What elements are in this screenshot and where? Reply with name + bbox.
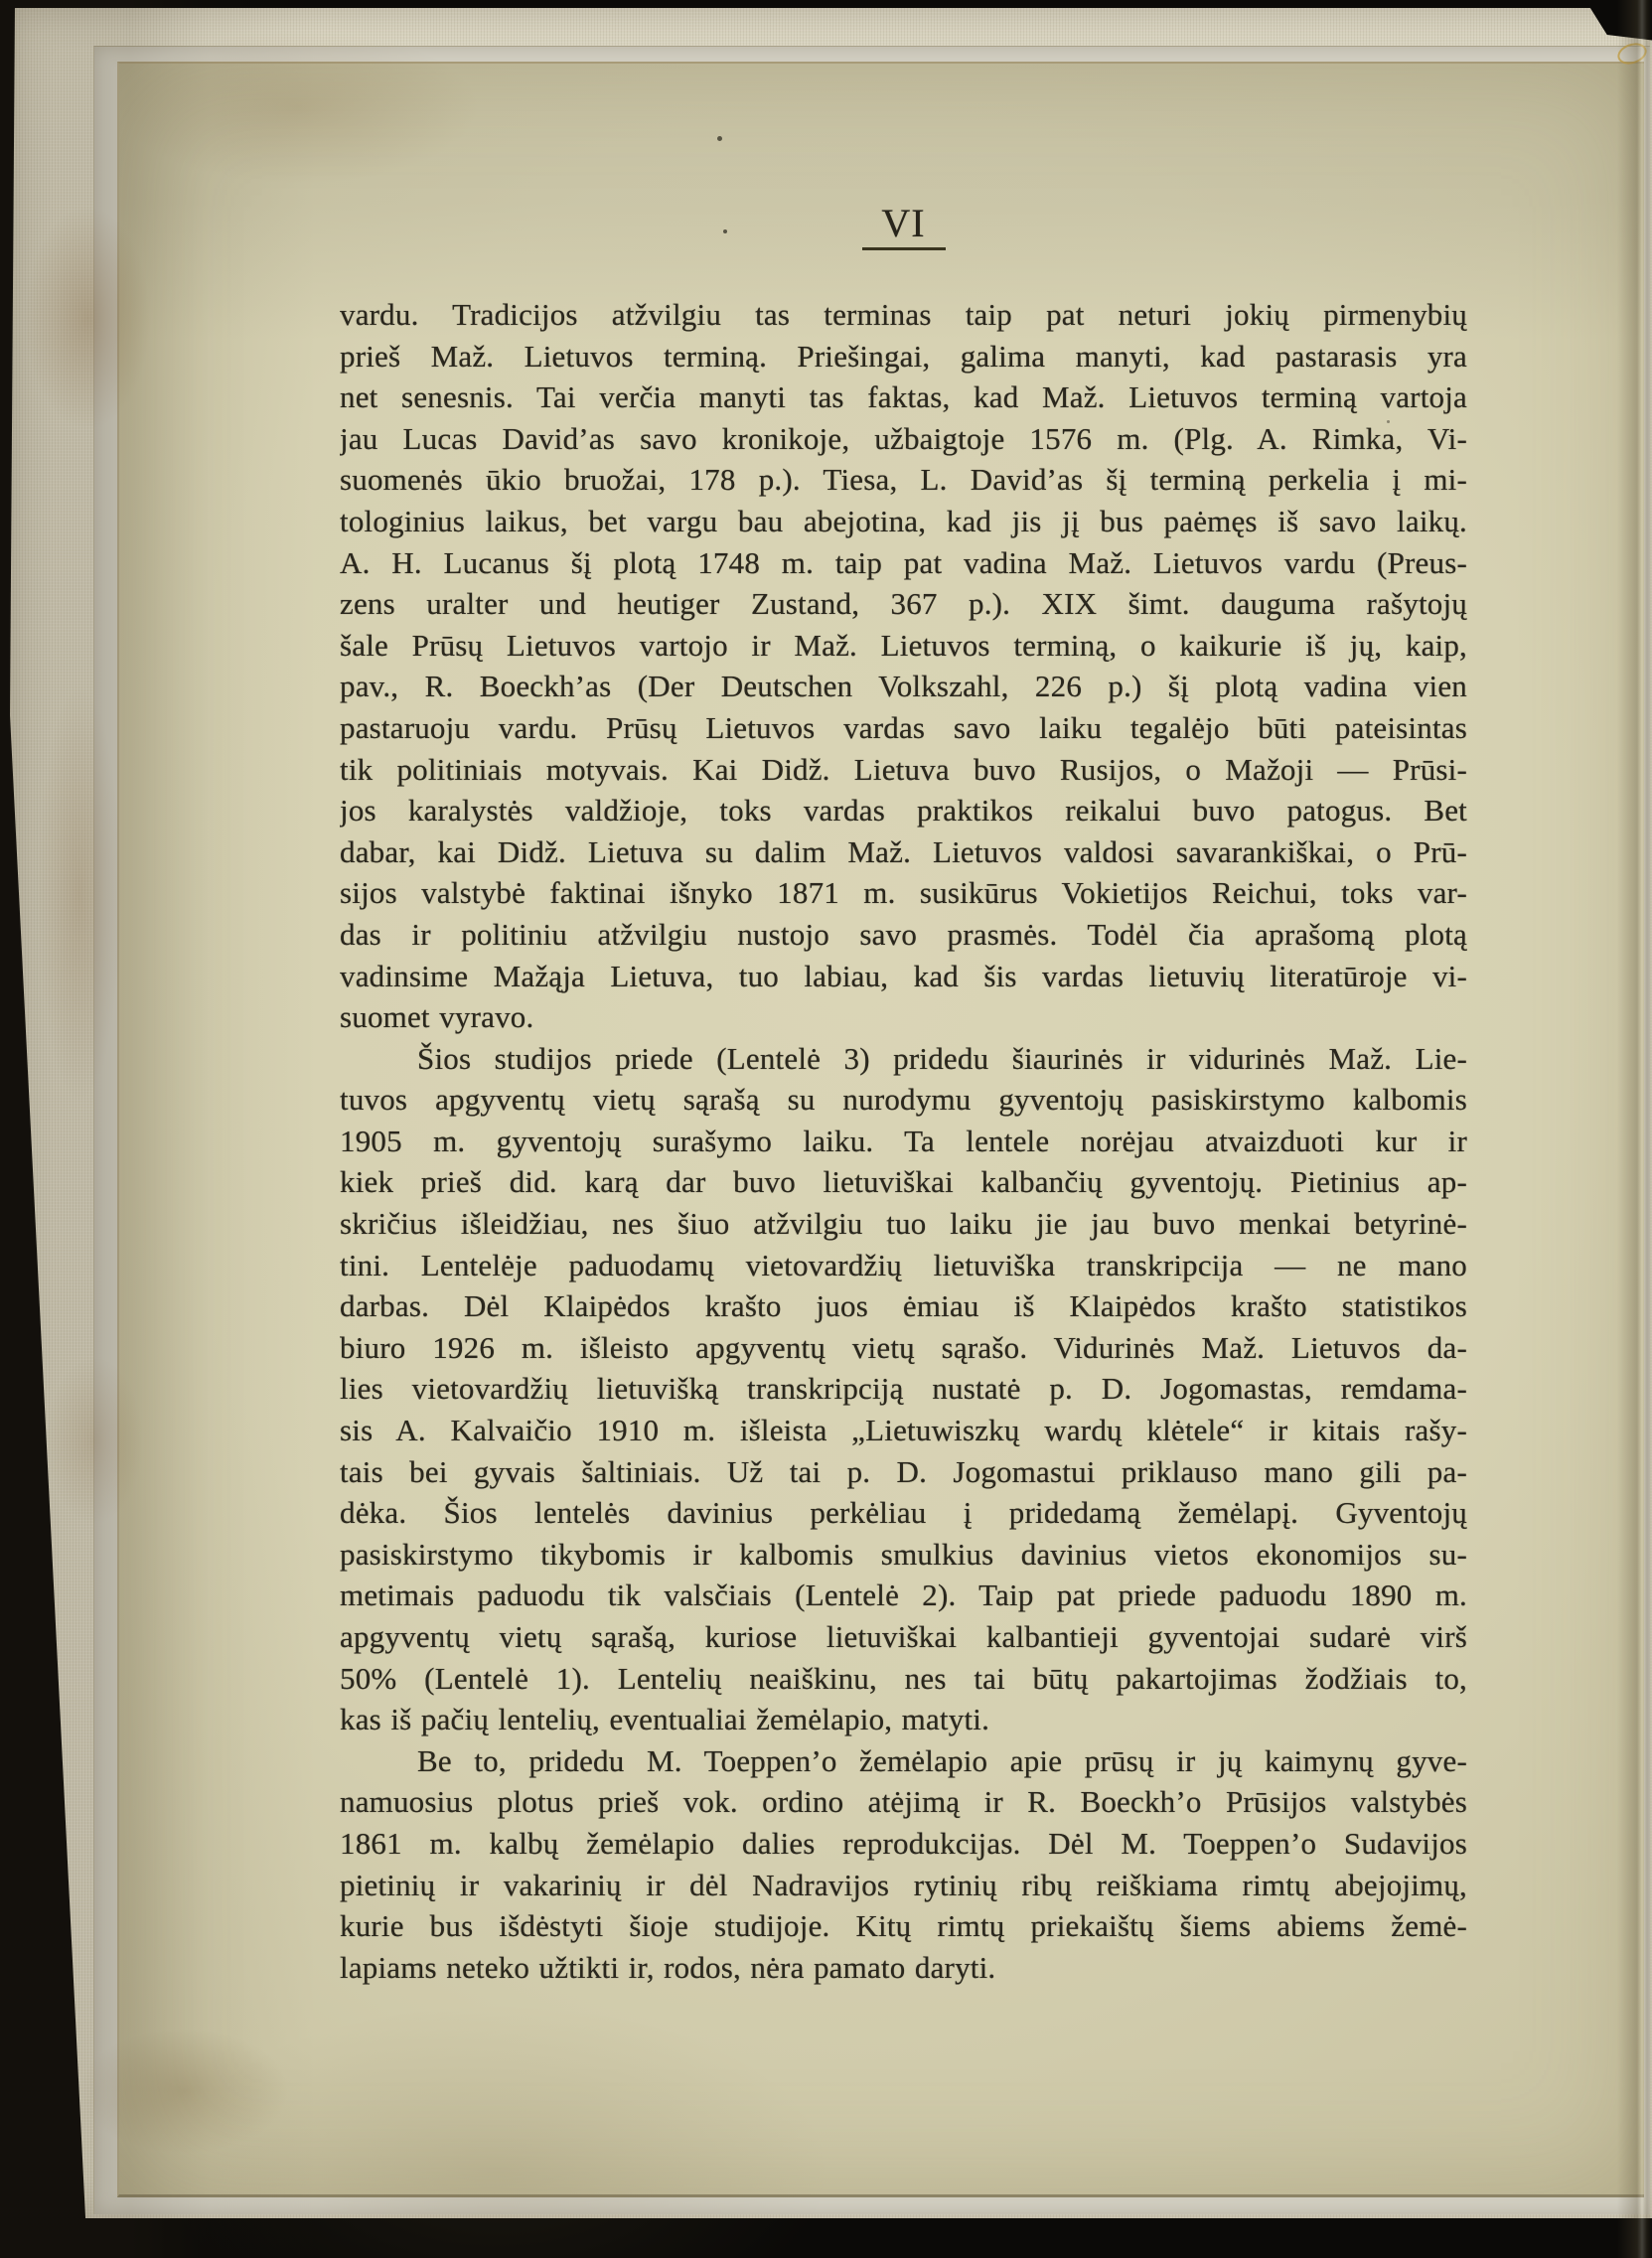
text-line: suomenės ūkio bruožai, 178 p.). Tiesa, L… [340,459,1467,501]
text-line: Šios studijos priede (Lentelė 3) pridedu… [340,1038,1467,1080]
text-line: sijos valstybė faktinai išnyko 1871 m. s… [340,872,1467,914]
text-line: kas iš pačių lentelių, eventualiai žemėl… [340,1699,1467,1740]
paragraph: vardu. Tradicijos atžvilgiu tas terminas… [340,294,1467,1038]
text-line: kurie bus išdėstyti šioje studijoje. Kit… [340,1905,1467,1947]
ink-speck [723,229,727,233]
ink-speck [717,136,722,141]
text-line: tologinius laikus, bet vargu bau abejoti… [340,501,1467,542]
page-number: VI [340,203,1467,244]
text-line: 50% (Lentelė 1). Lentelių neaiškinu, nes… [340,1658,1467,1700]
text-line: tais bei gyvais šaltiniais. Už tai p. D.… [340,1451,1467,1493]
text-line: pietinių ir vakarinių ir dėl Nadravijos … [340,1865,1467,1906]
text-line: pastaruoju vardu. Prūsų Lietuvos vardas … [340,707,1467,749]
text-line: 1861 m. kalbų žemėlapio dalies reprodukc… [340,1823,1467,1865]
text-line: prieš Maž. Lietuvos terminą. Priešingai,… [340,336,1467,377]
paragraph: Be to, pridedu M. Toeppen’o žemėlapio ap… [340,1740,1467,1989]
text-line: suomet vyravo. [340,996,1467,1038]
text-line: dėka. Šios lentelės davinius perkėliau į… [340,1492,1467,1534]
text-line: 1905 m. gyventojų surašymo laiku. Ta len… [340,1121,1467,1162]
text-line: A. H. Lucanus šį plotą 1748 m. taip pat … [340,542,1467,584]
text-line: vadinsime Mažąja Lietuva, tuo labiau, ka… [340,956,1467,997]
page-number-underline [862,247,946,250]
text-line: zens uralter und heutiger Zustand, 367 p… [340,583,1467,625]
text-line: darbas. Dėl Klaipėdos krašto juos ėmiau … [340,1285,1467,1327]
text-line: namuosius plotus prieš vok. ordino atėji… [340,1781,1467,1823]
text-line: sis A. Kalvaičio 1910 m. išleista „Lietu… [340,1410,1467,1451]
text-line: dabar, kai Didž. Lietuva su dalim Maž. L… [340,831,1467,873]
text-line: jau Lucas David’as savo kronikoje, užbai… [340,418,1467,460]
text-line: lapiams neteko užtikti ir, rodos, nėra p… [340,1947,1467,1989]
body-text-block: vardu. Tradicijos atžvilgiu tas terminas… [340,294,1467,1988]
text-line: biuro 1926 m. išleisto apgyventų vietų s… [340,1327,1467,1369]
text-line: das ir politiniu atžvilgiu nustojo savo … [340,914,1467,956]
text-line: metimais paduodu tik valsčiais (Lentelė … [340,1575,1467,1616]
text-line: šale Prūsų Lietuvos vartojo ir Maž. Liet… [340,625,1467,667]
text-line: apgyventų vietų sąrašą, kuriose lietuviš… [340,1616,1467,1658]
scanned-book-page: VI vardu. Tradicijos atžvilgiu tas termi… [117,62,1644,2197]
folio-header: VI [340,203,1467,250]
text-line: lies vietovardžių lietuvišką transkripci… [340,1368,1467,1410]
text-line: jos karalystės valdžioje, toks vardas pr… [340,790,1467,831]
text-line: net senesnis. Tai verčia manyti tas fakt… [340,376,1467,418]
text-line: pav., R. Boeckh’as (Der Deutschen Volksz… [340,666,1467,707]
text-line: kiek prieš did. karą dar buvo lietuviška… [340,1161,1467,1203]
text-line: Be to, pridedu M. Toeppen’o žemėlapio ap… [340,1740,1467,1782]
text-line: tini. Lentelėje paduodamų vietovardžių l… [340,1245,1467,1286]
text-line: tuvos apgyventų vietų sąrašą su nurodymu… [340,1079,1467,1121]
text-line: skričius išleidžiau, nes šiuo atžvilgiu … [340,1203,1467,1245]
ink-speck [1387,420,1390,423]
text-line: vardu. Tradicijos atžvilgiu tas terminas… [340,294,1467,336]
text-line: pasiskirstymo tikybomis ir kalbomis smul… [340,1534,1467,1576]
text-line: tik politiniais motyvais. Kai Didž. Liet… [340,749,1467,791]
paragraph: Šios studijos priede (Lentelė 3) pridedu… [340,1038,1467,1740]
